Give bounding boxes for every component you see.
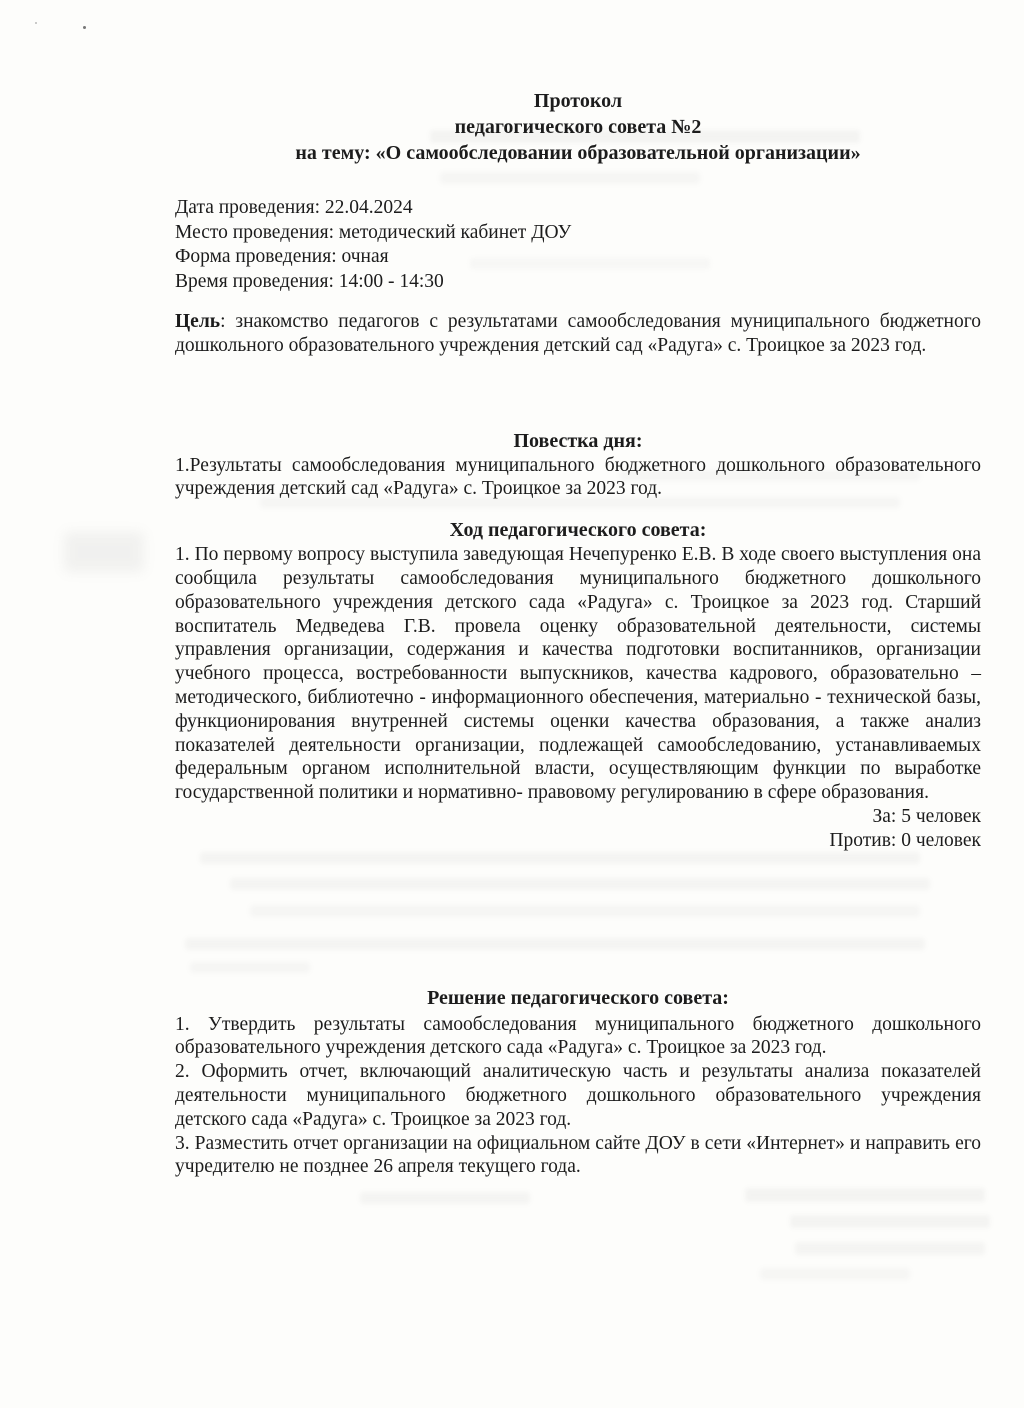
- goal-text: : знакомство педагогов с результатами са…: [175, 311, 981, 356]
- bleedthrough-artifact: [360, 1192, 530, 1204]
- scan-smudge: [64, 532, 144, 572]
- agenda-item-1: 1.Результаты самообследования муниципаль…: [175, 454, 981, 502]
- agenda-heading: Повестка дня:: [175, 428, 981, 454]
- meta-time-line: Время проведения: 14:00 - 14:30: [175, 270, 981, 295]
- document-title-line-2: педагогического совета №2: [175, 114, 981, 140]
- decision-item-2: 2. Оформить отчет, включающий аналитичес…: [175, 1060, 981, 1131]
- meta-block: Дата проведения: 22.04.2024 Место провед…: [175, 196, 981, 294]
- bleedthrough-artifact: [745, 1188, 985, 1202]
- decision-heading: Решение педагогического совета:: [175, 985, 981, 1011]
- decision-item-3: 3. Разместить отчет организации на офици…: [175, 1132, 981, 1180]
- document-title-line-3: на тему: «О самообследовании образовател…: [175, 140, 981, 166]
- document-title-line-1: Протокол: [175, 88, 981, 114]
- meta-date-line: Дата проведения: 22.04.2024: [175, 196, 981, 221]
- document-body: Протокол педагогического совета №2 на те…: [175, 0, 981, 1179]
- document-title-block: Протокол педагогического совета №2 на те…: [175, 88, 981, 166]
- vote-against-line: Против: 0 человек: [175, 829, 981, 853]
- goal-label: Цель: [175, 311, 220, 332]
- scanned-protocol-page: Протокол педагогического совета №2 на те…: [0, 0, 1024, 1408]
- proceedings-heading: Ход педагогического совета:: [175, 517, 981, 543]
- meta-form-line: Форма проведения: очная: [175, 245, 981, 270]
- proceedings-paragraph: 1. По первому вопросу выступила заведующ…: [175, 543, 981, 805]
- meta-place-line: Место проведения: методический кабинет Д…: [175, 221, 981, 246]
- bleedthrough-artifact: [790, 1215, 990, 1228]
- bleedthrough-artifact: [760, 1268, 910, 1280]
- bleedthrough-artifact: [795, 1242, 985, 1255]
- decision-item-1: 1. Утвердить результаты самообследования…: [175, 1013, 981, 1061]
- scan-speck: [35, 22, 37, 24]
- vote-for-line: За: 5 человек: [175, 805, 981, 829]
- scan-speck: [83, 26, 86, 29]
- goal-paragraph: Цель: знакомство педагогов с результатам…: [175, 310, 981, 358]
